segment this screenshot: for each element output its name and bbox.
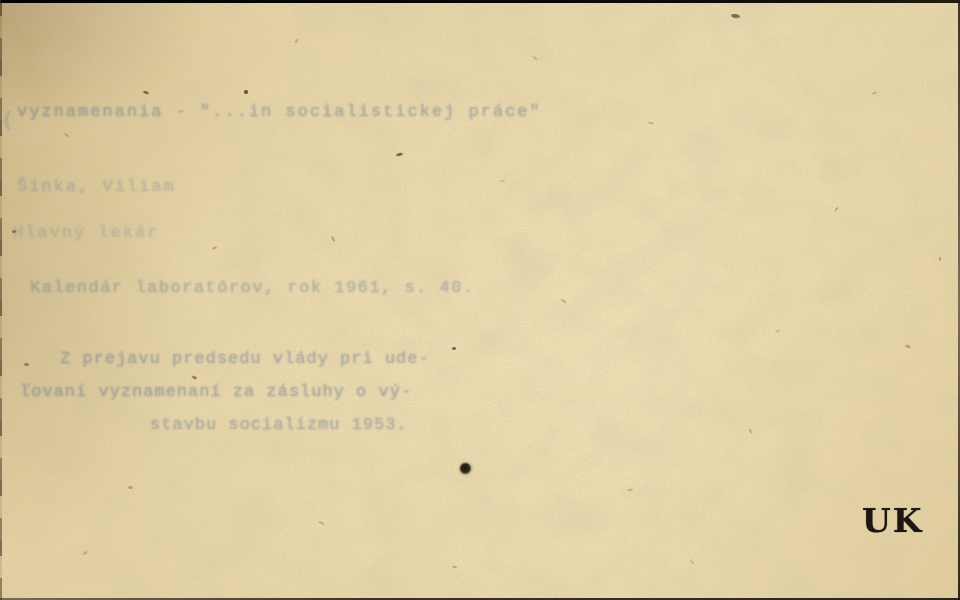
paper-fleck [749,428,753,433]
paper-fleck [939,257,942,261]
typed-line: Kalendár laboratórov, rok 1961, s. 40. [30,279,475,298]
paper-fleck [24,363,29,366]
paper-fleck [143,90,150,95]
paper-fleck [318,521,325,526]
uk-stamp: UK [862,501,923,540]
typed-line: vyznamenania - "...in socialistickej prá… [17,103,542,122]
paper-texture [0,0,960,600]
typed-line: ľovaní vyznamenaní za zásluhy o vý- [20,383,412,402]
paper-fleck [128,486,133,489]
paper-fleck [192,375,198,380]
paper-fleck [82,550,88,555]
paper-fleck [452,566,457,569]
paper-fleck [244,90,248,94]
paper-fleck [648,121,654,124]
typed-line: Z prejavu predsedu vlády pri ude- [60,350,430,369]
paper-fleck [627,488,633,491]
paper-fleck [212,246,217,250]
paper-fleck [731,13,740,18]
paper-fleck [294,38,298,43]
photo-edge-top [0,0,960,3]
paper-fleck [64,133,69,138]
paper-fleck [331,236,336,242]
paper-fleck [689,559,694,565]
paper-fleck [452,347,456,350]
typed-line: stavbu socializmu 1953. [150,416,408,435]
typed-line: Hlavný lekár [13,224,159,243]
paper-fleck [532,55,538,60]
paper-fleck [905,344,912,349]
typed-line: Šinka, Viliam [17,178,176,197]
paper-fleck [500,179,505,182]
catalog-card: (vyznamenania - "...in socialistickej pr… [0,0,960,600]
paper-fleck [396,152,404,157]
scan-vignette [0,0,960,600]
paper-fleck [872,91,877,95]
typed-line: ( [2,110,14,133]
photo-edge-left [0,0,2,600]
paper-fleck [834,206,839,211]
ink-blot-mark [460,463,471,474]
paper-fleck [775,329,780,333]
paper-fleck [560,298,567,304]
